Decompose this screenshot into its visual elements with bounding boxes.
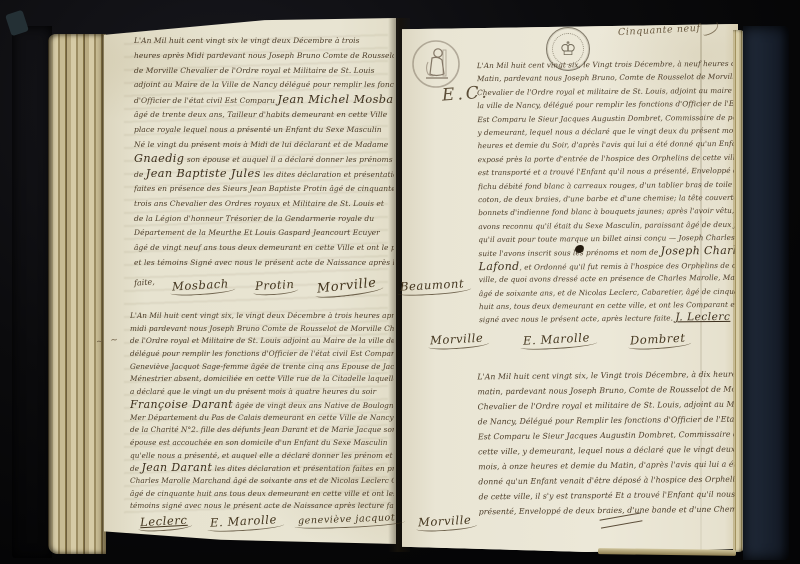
manuscript-line: de Jean Darant les dites déclaration et …	[130, 462, 394, 475]
manuscript-line: Gnaedig son épouse et auquel il a déclar…	[134, 152, 394, 167]
signature: geneviève jacquot	[298, 512, 396, 526]
signatures-act2-left: LeclercE. Marollegeneviève jacquotMorvil…	[140, 514, 471, 528]
manuscript-line: Mer Département du Pas de Calais demeura…	[130, 412, 394, 425]
manuscript-line: âgé de cinquante huit ans tous deux deme…	[130, 488, 394, 501]
birth-act-foundling-2: L'An Mil huit cent vingt six, le Vingt t…	[477, 367, 735, 520]
manuscript-line: signé avec nous le présent acte, après l…	[479, 311, 735, 327]
signature: Morville	[316, 274, 377, 296]
manuscript-line: de la Légion d'honneur Trésorier de la G…	[134, 212, 394, 227]
manuscript-line: heures après Midi pardevant nous Joseph …	[134, 49, 394, 64]
page-edge-stack	[48, 34, 106, 554]
signature: Protin	[255, 277, 295, 293]
manuscript-line: Charles Marolle Marchand âgé de soixante…	[130, 475, 394, 488]
manuscript-line: de l'Ordre royal et Militaire de St. Lou…	[130, 335, 394, 348]
manuscript-line: trois ans Chevalier des Ordres royaux et…	[134, 197, 394, 212]
bottom-page-edges	[598, 548, 736, 556]
signatures-act1-left: MosbachProtinMorvilleBeaumont	[172, 278, 464, 292]
crown-glyph: ♔	[559, 38, 576, 60]
manuscript-line: d'Officier de l'état civil Est Comparu J…	[134, 93, 394, 108]
book-cover-right	[743, 26, 789, 560]
signature: E. Marolle	[209, 512, 277, 529]
manuscript-line: place royale lequel nous a présenté un E…	[134, 123, 394, 138]
signatures-act1-right: MorvilleE. MarolleDombret	[430, 332, 686, 346]
signature: Leclerc	[140, 513, 188, 529]
embossed-stamp-medallion	[410, 38, 462, 90]
closing-word: faite,	[134, 277, 155, 287]
manuscript-line: de Morville Chevalier de l'Ordre royal e…	[134, 64, 394, 79]
manuscript-line: Département de la Meurthe Et Louis Gaspa…	[134, 226, 394, 241]
birth-act-darant: L'An Mil huit cent vingt six, le vingt d…	[130, 310, 394, 513]
manuscript-line: L'An Mil huit cent vingt six, le vingt d…	[130, 310, 394, 323]
manuscript-line: Ménestrier absent, domiciliée en cette V…	[130, 373, 394, 386]
manuscript-line: Geneviève Jacquot Sage-femme âgée de tre…	[130, 361, 394, 374]
manuscript-line: de la Charité N°2. fille des défunts Jea…	[130, 424, 394, 437]
manuscript-register-scan: L'An Mil huit cent vingt six le vingt de…	[0, 0, 800, 564]
manuscript-line: témoins signé avec nous le présent acte …	[130, 500, 394, 513]
birth-act-lafond: L'An Mil huit cent vingt six, le Vingt t…	[477, 57, 735, 327]
manuscript-line: âgé de vingt neuf ans tous deux demeuran…	[134, 241, 394, 256]
signature-row-act1-left: faite,	[134, 278, 165, 287]
manuscript-line: délégué pour remplir les fonctions d'Off…	[130, 348, 394, 361]
manuscript-line: âgé de trente deux ans, Tailleur d'habit…	[134, 108, 394, 123]
manuscript-line: de Jean Baptiste Jules les dites déclara…	[134, 167, 394, 182]
manuscript-line: épouse est accouchée en son domicile d'u…	[130, 437, 394, 450]
book-cover-left	[12, 26, 52, 558]
manuscript-line: adjoint au Maire de la Ville de Nancy dé…	[134, 78, 394, 93]
manuscript-line: L'An Mil huit cent vingt six le vingt de…	[134, 34, 394, 49]
signature: Mosbach	[172, 277, 230, 294]
birth-act-mosbach: L'An Mil huit cent vingt six le vingt de…	[134, 34, 394, 271]
manuscript-line: midi pardevant nous Joseph Bruno Comte d…	[130, 323, 394, 336]
manuscript-line: a déclaré que le vingt un du présent moi…	[130, 386, 394, 399]
signature: Dombret	[630, 331, 686, 348]
manuscript-line: qu'elle nous a présenté, et auquel elle …	[130, 450, 394, 463]
manuscript-line: faites en présence des Sieurs Jean Bapti…	[134, 182, 394, 197]
signature: Morville	[417, 513, 471, 530]
signature: Morville	[430, 331, 484, 348]
signature: E. Marolle	[523, 330, 591, 347]
manuscript-line: et les témoins Signé avec nous le présen…	[134, 256, 394, 271]
manuscript-line: Né le vingt du présent mois à Midi de lu…	[134, 138, 394, 153]
manuscript-line: présenté, Enveloppé de deux braies, d'un…	[479, 502, 735, 520]
signature: Beaumont	[399, 276, 464, 293]
manuscript-line: Françoise Darant âgée de vingt deux ans …	[130, 399, 394, 412]
